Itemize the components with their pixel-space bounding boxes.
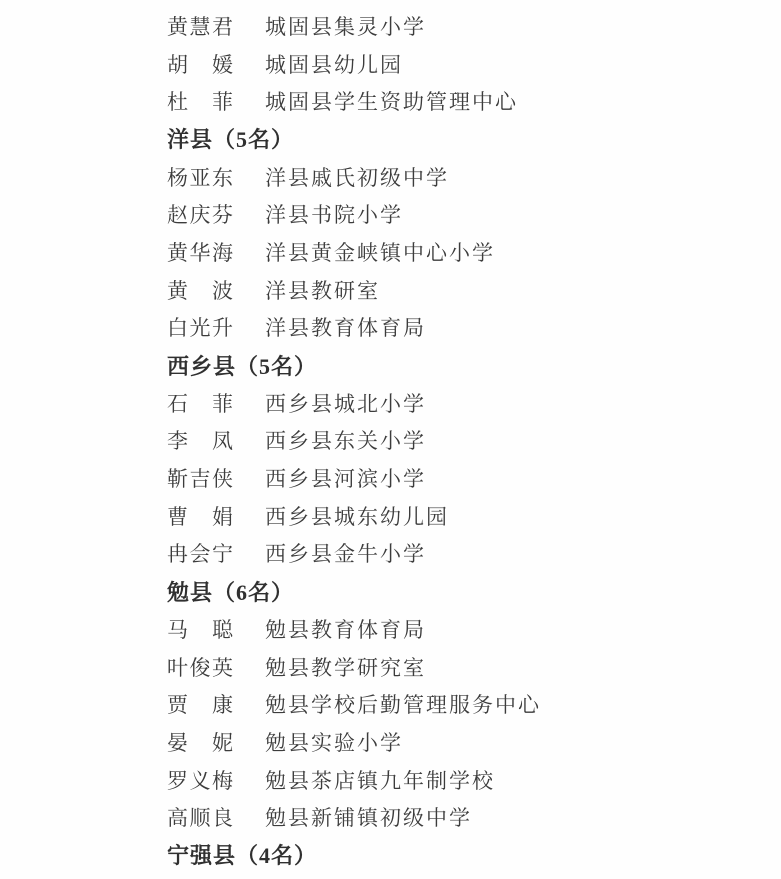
- list-item: 杜菲 城固县学生资助管理中心: [167, 82, 781, 120]
- organization-name: 勉县实验小学: [265, 727, 403, 757]
- list-item: 黄华海 洋县黄金峡镇中心小学: [167, 233, 781, 271]
- list-item: 石菲 西乡县城北小学: [167, 384, 781, 422]
- organization-name: 洋县教研室: [265, 275, 380, 305]
- section-mianxian: 勉县（6名） 马聪 勉县教育体育局 叶俊英 勉县教学研究室 贾康 勉县学校后勤管…: [167, 572, 781, 836]
- person-name: 冉会宁: [167, 538, 233, 568]
- person-name: 叶俊英: [167, 652, 233, 682]
- county-heading: 西乡县（5名）: [167, 346, 781, 384]
- list-item: 贾康 勉县学校后勤管理服务中心: [167, 685, 781, 723]
- section-chenggu: 黄慧君 城固县集灵小学 胡媛 城固县幼儿园 杜菲 城固县学生资助管理中心: [167, 7, 781, 120]
- section-xixiang: 西乡县（5名） 石菲 西乡县城北小学 李凤 西乡县东关小学 靳吉侠 西乡县河滨小…: [167, 346, 781, 572]
- list-item: 白光升 洋县教育体育局: [167, 309, 781, 347]
- list-item: 晏妮 勉县实验小学: [167, 723, 781, 761]
- person-name: 晏妮: [167, 727, 233, 757]
- organization-name: 西乡县城东幼儿园: [265, 501, 449, 531]
- person-name: 黄波: [167, 275, 233, 305]
- organization-name: 洋县书院小学: [265, 199, 403, 229]
- organization-name: 洋县戚氏初级中学: [265, 162, 449, 192]
- county-heading: 勉县（6名）: [167, 572, 781, 610]
- organization-name: 城固县幼儿园: [265, 49, 403, 79]
- person-name: 石菲: [167, 388, 233, 418]
- person-name: 罗义梅: [167, 765, 233, 795]
- organization-name: 洋县教育体育局: [265, 312, 426, 342]
- person-name: 李凤: [167, 425, 233, 455]
- list-item: 赵庆芬 洋县书院小学: [167, 195, 781, 233]
- person-name: 白光升: [167, 312, 233, 342]
- section-ningqiang: 宁强县（4名）: [167, 836, 781, 874]
- person-name: 黄慧君: [167, 11, 233, 41]
- organization-name: 西乡县城北小学: [265, 388, 426, 418]
- person-name: 杨亚东: [167, 162, 233, 192]
- list-item: 罗义梅 勉县茶店镇九年制学校: [167, 761, 781, 799]
- organization-name: 勉县教育体育局: [265, 614, 426, 644]
- list-item: 马聪 勉县教育体育局: [167, 610, 781, 648]
- list-item: 黄慧君 城固县集灵小学: [167, 7, 781, 45]
- list-item: 杨亚东 洋县戚氏初级中学: [167, 158, 781, 196]
- document-page: 黄慧君 城固县集灵小学 胡媛 城固县幼儿园 杜菲 城固县学生资助管理中心 洋县（…: [0, 0, 781, 879]
- person-name: 贾康: [167, 689, 233, 719]
- organization-name: 城固县集灵小学: [265, 11, 426, 41]
- person-name: 靳吉侠: [167, 463, 233, 493]
- organization-name: 城固县学生资助管理中心: [265, 86, 518, 116]
- organization-name: 西乡县金牛小学: [265, 538, 426, 568]
- organization-name: 勉县学校后勤管理服务中心: [265, 689, 541, 719]
- list-item: 叶俊英 勉县教学研究室: [167, 648, 781, 686]
- person-name: 曹娟: [167, 501, 233, 531]
- list-item: 黄波 洋县教研室: [167, 271, 781, 309]
- list-item: 曹娟 西乡县城东幼儿园: [167, 497, 781, 535]
- list-item: 李凤 西乡县东关小学: [167, 422, 781, 460]
- organization-name: 西乡县东关小学: [265, 425, 426, 455]
- person-name: 胡媛: [167, 49, 233, 79]
- list-item: 高顺良 勉县新铺镇初级中学: [167, 798, 781, 836]
- person-name: 高顺良: [167, 802, 233, 832]
- person-name: 黄华海: [167, 237, 233, 267]
- organization-name: 西乡县河滨小学: [265, 463, 426, 493]
- organization-name: 勉县茶店镇九年制学校: [265, 765, 495, 795]
- list-item: 胡媛 城固县幼儿园: [167, 45, 781, 83]
- county-heading: 洋县（5名）: [167, 120, 781, 158]
- organization-name: 洋县黄金峡镇中心小学: [265, 237, 495, 267]
- organization-name: 勉县新铺镇初级中学: [265, 802, 472, 832]
- section-yangxian: 洋县（5名） 杨亚东 洋县戚氏初级中学 赵庆芬 洋县书院小学 黄华海 洋县黄金峡…: [167, 120, 781, 346]
- person-name: 马聪: [167, 614, 233, 644]
- list-item: 冉会宁 西乡县金牛小学: [167, 535, 781, 573]
- organization-name: 勉县教学研究室: [265, 652, 426, 682]
- county-heading: 宁强县（4名）: [167, 836, 781, 874]
- list-item: 靳吉侠 西乡县河滨小学: [167, 459, 781, 497]
- person-name: 赵庆芬: [167, 199, 233, 229]
- person-name: 杜菲: [167, 86, 233, 116]
